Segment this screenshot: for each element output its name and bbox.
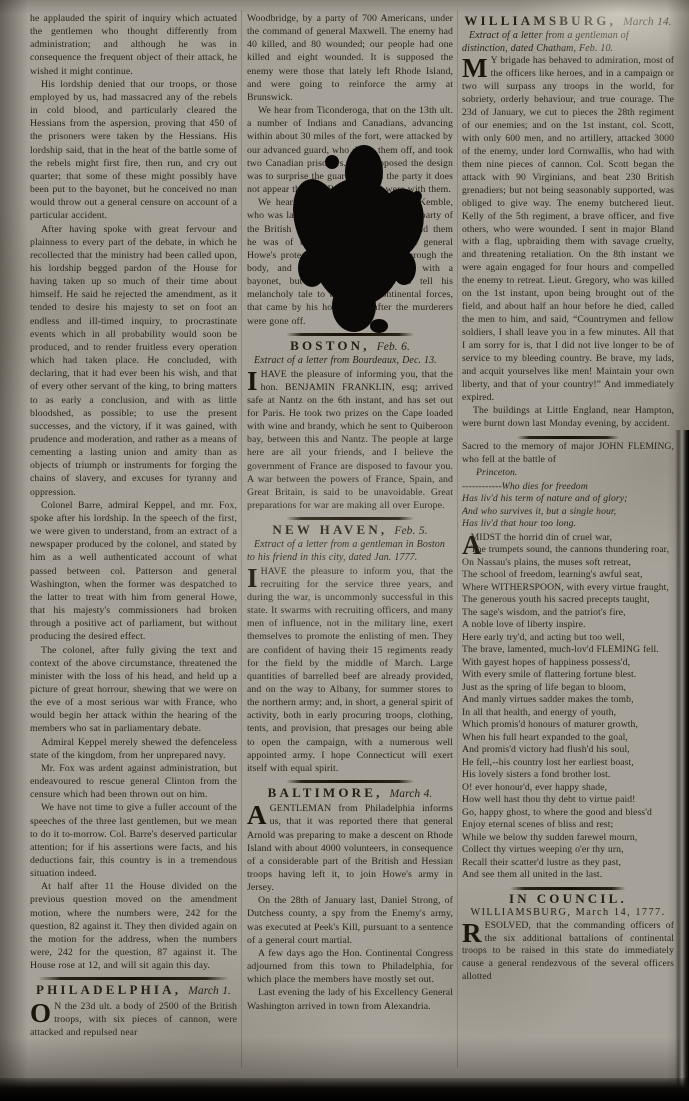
section-rule (510, 887, 627, 890)
section-heading: BOSTON,Feb. 6. (247, 339, 453, 354)
byline: Extract of a letter from Bourdeaux, Dec.… (247, 355, 453, 368)
dateline-date: Feb. 6. (377, 341, 410, 354)
dateline-city: BOSTON, (290, 339, 370, 352)
column-divider-2 (457, 10, 458, 1068)
center-line: WILLIAMSBURG, March 14, 1777. (462, 907, 674, 920)
poem-line: The school of freedom, learning's awful … (462, 569, 674, 582)
poem-line: MIDST the horrid din of cruel war, (462, 532, 674, 545)
dateline-date: March 14. (623, 16, 672, 29)
section-heading: IN COUNCIL. (462, 893, 674, 906)
paragraph: His lordship denied that our troops, or … (30, 78, 237, 223)
poem-line: The generous youth his sacred precepts t… (462, 594, 674, 607)
section-rule (286, 780, 414, 783)
dropcap-paragraph: MY brigade has behaved to admiration, mo… (462, 55, 674, 405)
newspaper-page: he applauded the spirit of inquiry which… (0, 0, 689, 1101)
paragraph: After having spoke with great fervour an… (30, 223, 237, 499)
poem-line: The brave, lamented, much-lov'd FLEMING … (462, 644, 674, 657)
column-1: he applauded the spirit of inquiry which… (30, 12, 237, 1039)
section-heading: PHILADELPHIA,March 1. (30, 983, 237, 998)
drop-cap: A (247, 802, 270, 826)
poem-line: And manly virtues sadder makes the tomb, (462, 694, 674, 707)
byline: Extract of a letter from a gentleman of … (462, 30, 674, 55)
poem-line: His lovely sisters a fond brother lost. (462, 769, 674, 782)
poem-line: Has liv'd that hour too long. (462, 518, 674, 531)
poem-line: When his full heart expanded to the goal… (462, 732, 674, 745)
dateline-city: BALTIMORE, (268, 786, 383, 799)
poem-line: On Nassau's plains, the muses soft retre… (462, 557, 674, 570)
poem-line: With gayest hopes of happiness possess'd… (462, 657, 674, 670)
poem-line: Has liv'd his term of nature and of glor… (462, 493, 674, 506)
center-line: Princeton. (462, 467, 674, 480)
poem-line: Which promis'd honours of maturer growth… (462, 719, 674, 732)
paragraph: Last evening the lady of his Excellency … (247, 986, 453, 1012)
poem-line: Here early try'd, and acting but too wel… (462, 632, 674, 645)
paragraph: Colonel Barre, admiral Keppel, and mr. F… (30, 499, 237, 644)
poem-line: Just as the spring of life began to bloo… (462, 682, 674, 695)
drop-cap: I (247, 565, 261, 589)
poem-line: ------------Who dies for freedom (462, 481, 674, 494)
poem-line: How well hast thou thy debt to virtue pa… (462, 794, 674, 807)
dropcap-paragraph: ON the 23d ult. a body of 2500 of the Br… (30, 1000, 237, 1039)
byline: Extract of a letter from a gentleman in … (247, 539, 453, 564)
poem-line: With every smile of flattering fortune b… (462, 669, 674, 682)
dateline-date: March 4. (390, 788, 433, 801)
paragraph: Sacred to the memory of major JOHN FLEMI… (462, 441, 674, 467)
drop-cap: R (462, 920, 485, 944)
page-bottom-shadow (0, 1078, 689, 1101)
poem-line: And promis'd victory had flush'd his sou… (462, 744, 674, 757)
poem-line: A noble love of liberty inspire. (462, 619, 674, 632)
paragraph: At half after 11 the House divided on th… (30, 880, 237, 972)
section-rule (517, 436, 619, 439)
dateline-date: March 1. (188, 985, 231, 998)
dropcap-paragraph: AGENTLEMAN from Philadelphia informs us,… (247, 802, 453, 894)
paragraph: Admiral Keppel merely shewed the defence… (30, 736, 237, 762)
poem-line: Recall their scatter'd lustre as they pa… (462, 857, 674, 870)
poem: AMIDST the horrid din of cruel war,The t… (462, 532, 674, 882)
dateline-city: IN COUNCIL. (509, 893, 627, 906)
poem-line: While we below thy sudden farewel mourn, (462, 832, 674, 845)
section-heading: BALTIMORE,March 4. (247, 786, 453, 801)
drop-cap: O (30, 1000, 54, 1024)
poem-line: The sage's wisdom, and the patriot's fir… (462, 607, 674, 620)
poem: ------------Who dies for freedomHas liv'… (462, 481, 674, 531)
next-page-edge (675, 430, 689, 1101)
paragraph: The colonel, after fully giving the text… (30, 644, 237, 736)
dropcap-paragraph: RESOLVED, that the commanding officers o… (462, 920, 674, 985)
section-rule (286, 517, 414, 520)
poem-line: Collect thy virtues weeping o'er thy urn… (462, 844, 674, 857)
paragraph: Mr. Fox was ardent against administratio… (30, 762, 237, 801)
poem-line: The trumpets sound, the cannons thunderi… (462, 544, 674, 557)
drop-cap: M (462, 55, 491, 79)
poem-line: He fell,--his country lost her earliest … (462, 757, 674, 770)
poem-line: Enjoy eternal scenes of bliss and rest; (462, 819, 674, 832)
column-3: WILLIAMSBURG,March 14.Extract of a lette… (462, 12, 674, 984)
dateline-date: Feb. 5. (394, 525, 427, 538)
paragraph: Woodbridge, by a party of 700 Americans,… (247, 12, 453, 104)
poem-line: O! ever honour'd, ever happy shade, (462, 782, 674, 795)
dropcap-paragraph: IHAVE the pleasure of informing you, tha… (247, 368, 453, 513)
paragraph: The buildings at Little England, near Ha… (462, 405, 674, 431)
dropcap-paragraph: IHAVE the pleasure to inform you, that t… (247, 565, 453, 776)
poem-line: In all that health, and energy of youth, (462, 707, 674, 720)
section-heading: NEW HAVEN,Feb. 5. (247, 523, 453, 538)
column-divider-1 (241, 10, 242, 1068)
poem-line: And see them all united in the last. (462, 869, 674, 882)
poem-line: And who survives it, but a single hour, (462, 506, 674, 519)
paragraph: We have not time to give a fuller accoun… (30, 801, 237, 880)
paragraph: he applauded the spirit of inquiry which… (30, 12, 237, 78)
dateline-city: PHILADELPHIA, (36, 983, 181, 996)
paragraph: A few days ago the Hon. Continental Cong… (247, 947, 453, 986)
dateline-city: NEW HAVEN, (272, 523, 387, 536)
ink-blot (284, 144, 432, 336)
poem-line: Where WITHERSPOON, with every virtue fra… (462, 582, 674, 595)
section-heading: WILLIAMSBURG,March 14. (462, 15, 674, 29)
poem-line: Go, happy ghost, to where the good and b… (462, 807, 674, 820)
dateline-city: WILLIAMSBURG, (464, 15, 616, 28)
section-rule (38, 977, 228, 980)
paragraph: On the 28th of January last, Daniel Stro… (247, 894, 453, 947)
drop-cap: I (247, 368, 261, 392)
